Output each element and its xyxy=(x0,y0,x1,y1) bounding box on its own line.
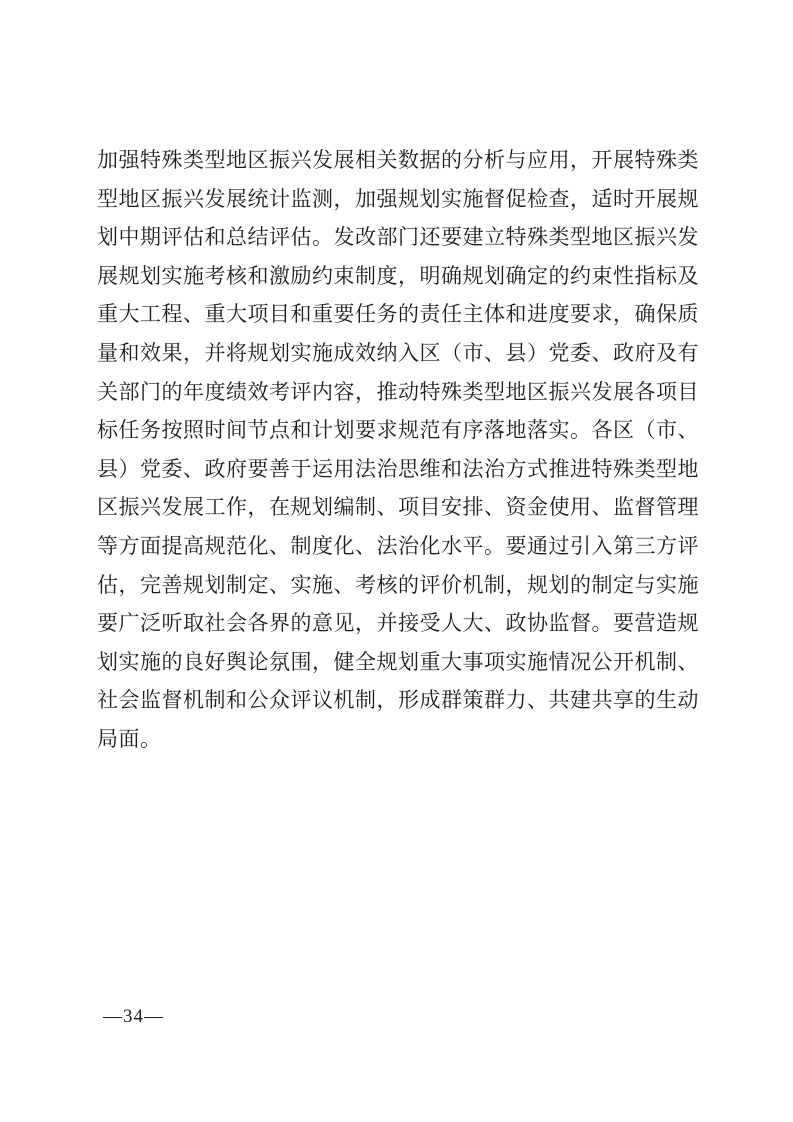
document-page: 加强特殊类型地区振兴发展相关数据的分析与应用，开展特殊类 型地区振兴发展统计监测… xyxy=(0,0,793,1122)
paragraph-line: 重大工程、重大项目和重要任务的责任主体和进度要求，确保质 xyxy=(97,295,691,334)
paragraph-line: 型地区振兴发展统计监测，加强规划实施督促检查，适时开展规 xyxy=(97,180,691,219)
page-number: —34— xyxy=(103,1003,164,1031)
paragraph-line: 量和效果，并将规划实施成效纳入区（市、县）党委、政府及有 xyxy=(97,334,691,373)
paragraph-line: 局面。 xyxy=(97,720,691,759)
paragraph-line: 加强特殊类型地区振兴发展相关数据的分析与应用，开展特殊类 xyxy=(97,141,691,180)
paragraph-line: 要广泛听取社会各界的意见，并接受人大、政协监督。要营造规 xyxy=(97,604,691,643)
paragraph-line: 标任务按照时间节点和计划要求规范有序落地落实。各区（市、 xyxy=(97,411,691,450)
paragraph-line: 县）党委、政府要善于运用法治思维和法治方式推进特殊类型地 xyxy=(97,450,691,489)
paragraph-line: 区振兴发展工作，在规划编制、项目安排、资金使用、监督管理 xyxy=(97,488,691,527)
paragraph-line: 等方面提高规范化、制度化、法治化水平。要通过引入第三方评 xyxy=(97,527,691,566)
paragraph-line: 社会监督机制和公众评议机制，形成群策群力、共建共享的生动 xyxy=(97,681,691,720)
paragraph-line: 划中期评估和总结评估。发改部门还要建立特殊类型地区振兴发 xyxy=(97,218,691,257)
paragraph-line: 估，完善规划制定、实施、考核的评价机制，规划的制定与实施 xyxy=(97,566,691,605)
paragraph-line: 关部门的年度绩效考评内容，推动特殊类型地区振兴发展各项目 xyxy=(97,373,691,412)
paragraph-line: 划实施的良好舆论氛围，健全规划重大事项实施情况公开机制、 xyxy=(97,643,691,682)
paragraph-line: 展规划实施考核和激励约束制度，明确规划确定的约束性指标及 xyxy=(97,257,691,296)
body-paragraph: 加强特殊类型地区振兴发展相关数据的分析与应用，开展特殊类 型地区振兴发展统计监测… xyxy=(97,141,691,759)
